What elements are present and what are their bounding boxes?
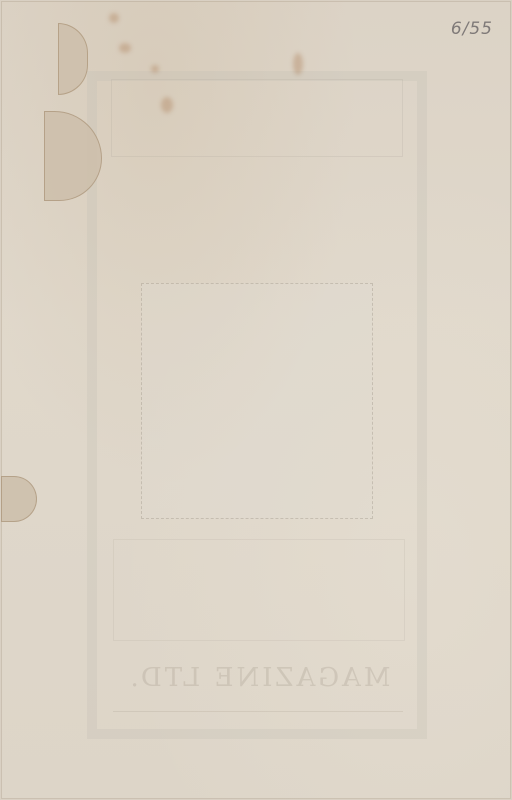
stain (119, 43, 131, 53)
tape-remnant (1, 476, 37, 522)
card-back: MAGAZINE LTD. 6/55 (1, 1, 511, 799)
stain (109, 13, 119, 23)
handwritten-note: 6/55 (451, 19, 493, 39)
bleed-through-text: MAGAZINE LTD. (119, 663, 399, 693)
stain (151, 65, 159, 73)
bleed-through-bottom-panel (113, 539, 405, 641)
tape-remnant (58, 23, 88, 95)
bleed-through-rule (113, 711, 403, 712)
stain (161, 97, 173, 113)
bleed-through-image-frame (141, 283, 373, 519)
bleed-through-top-panel (111, 79, 403, 157)
stain (293, 53, 303, 75)
